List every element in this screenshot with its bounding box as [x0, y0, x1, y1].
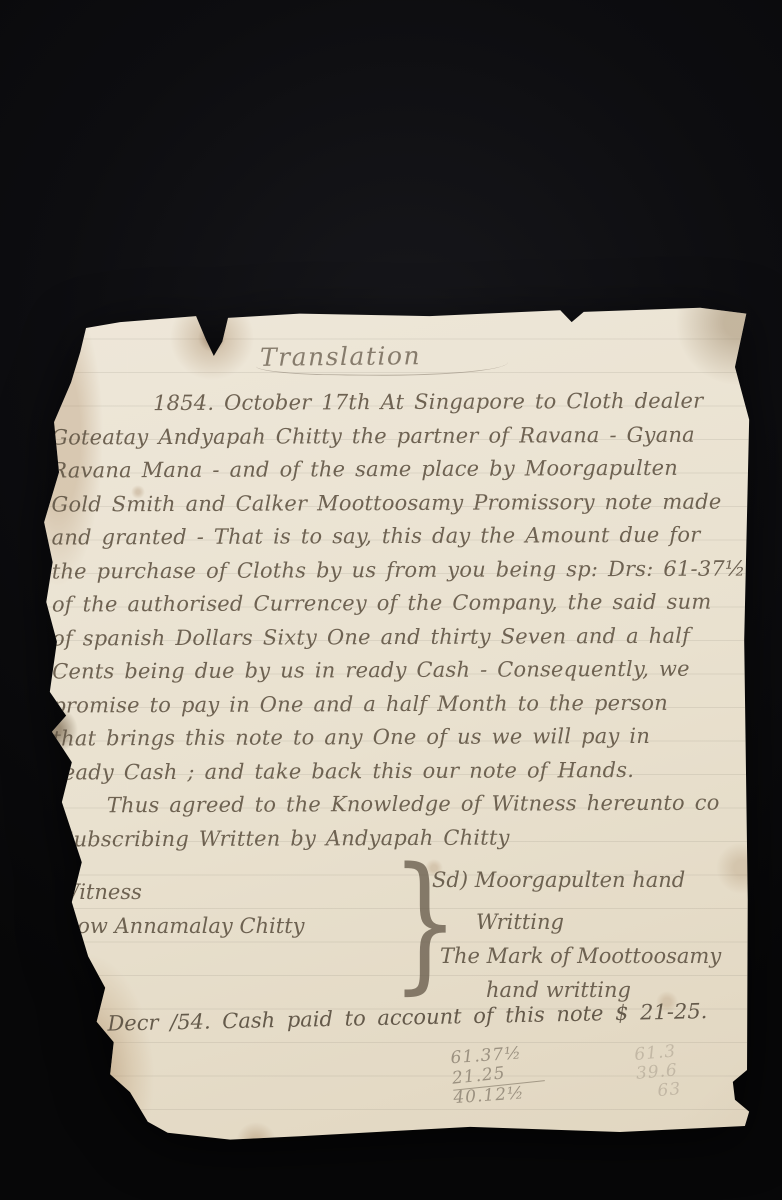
closing-line: Thus agreed to the Knowledge of Witness … — [53, 786, 749, 823]
manuscript-line: ready Cash ; and take back this our note… — [53, 753, 749, 790]
manuscript-line: promise to pay in One and a half Month t… — [52, 686, 748, 723]
manuscript-line: that brings this note to any One of us w… — [52, 719, 748, 756]
manuscript-line: Gold Smith and Calker Moottoosamy Promis… — [51, 485, 747, 522]
signature-line: Writting — [476, 910, 564, 934]
pencil-calculation-right: 61.3 39.6 63 — [634, 1042, 682, 1103]
document-body: 1854. October 17th At Singapore to Cloth… — [51, 384, 749, 856]
manuscript-line: the purchase of Cloths by us from you be… — [52, 552, 748, 589]
title-underline-flourish — [256, 348, 508, 378]
paper-shadow: Translation 1854. October 17th At Singap… — [0, 0, 782, 1200]
photograph-background: Translation 1854. October 17th At Singap… — [0, 0, 782, 1200]
witness-label: Witness — [58, 880, 142, 904]
manuscript-paper: Translation 1854. October 17th At Singap… — [42, 306, 752, 1154]
pencil-figure: 63 — [637, 1080, 682, 1103]
manuscript-line: 1854. October 17th At Singapore to Cloth… — [51, 384, 747, 421]
manuscript-line: of spanish Dollars Sixty One and thirty … — [52, 619, 748, 656]
manuscript-line: and granted - That is to say, this day t… — [52, 518, 748, 555]
manuscript-line: of the authorised Currencey of the Compa… — [52, 585, 748, 622]
witness-name: Know Annamalay Chitty — [48, 914, 305, 938]
signature-line: Sd) Moorgapulten hand — [432, 868, 685, 892]
signature-line: The Mark of Moottoosamy — [440, 944, 721, 968]
manuscript-line: Goteatay Andyapah Chitty the partner of … — [51, 418, 747, 455]
pencil-calculation-left: 61.37½ 21.25 40.12½ — [450, 1043, 546, 1108]
manuscript-line: Ravana Mana - and of the same place by M… — [51, 451, 747, 488]
manuscript-line: Cents being due by us in ready Cash - Co… — [52, 652, 748, 689]
signature-line: hand writting — [486, 978, 631, 1002]
